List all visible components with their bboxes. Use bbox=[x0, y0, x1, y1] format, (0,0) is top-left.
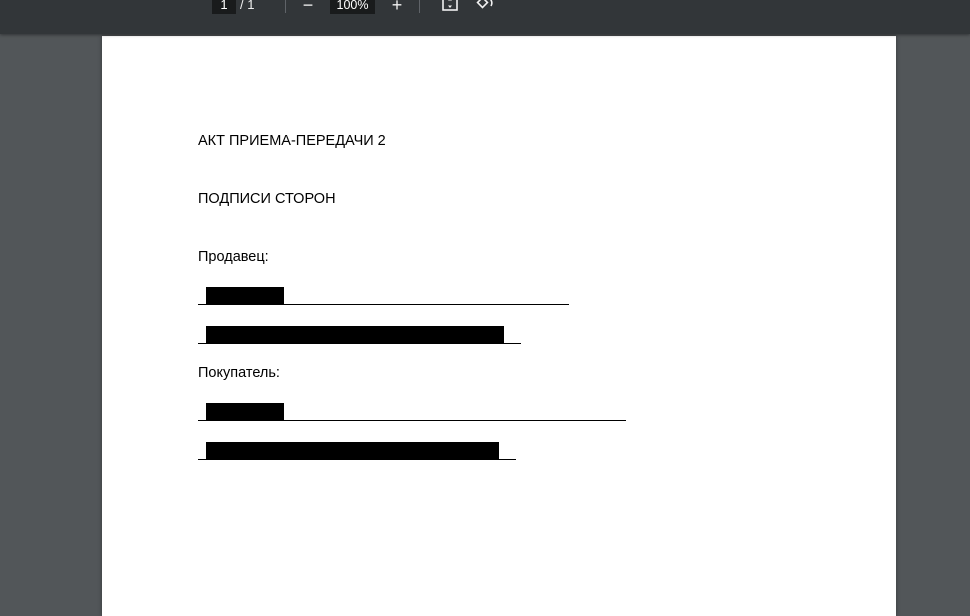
document-title: АКТ ПРИЕМА-ПЕРЕДАЧИ 2 bbox=[198, 133, 386, 149]
seller-label: Продавец: bbox=[198, 249, 269, 265]
minus-icon: − bbox=[303, 0, 314, 14]
page-number-input[interactable]: 1 bbox=[212, 0, 236, 14]
page-count: / 1 bbox=[240, 0, 254, 13]
pdf-toolbar: 1 / 1 − 100% + bbox=[0, 0, 970, 34]
redaction-block bbox=[206, 326, 504, 343]
buyer-label: Покупатель: bbox=[198, 365, 280, 381]
redaction-block bbox=[206, 442, 499, 459]
seller-name-line bbox=[198, 326, 521, 344]
redaction-block bbox=[206, 403, 284, 420]
rotate-button[interactable] bbox=[474, 0, 496, 14]
toolbar-divider bbox=[419, 0, 420, 13]
rotate-icon bbox=[475, 0, 495, 14]
zoom-out-button[interactable]: − bbox=[297, 0, 319, 14]
fit-page-button[interactable] bbox=[439, 0, 461, 14]
zoom-in-button[interactable]: + bbox=[386, 0, 408, 14]
redaction-block bbox=[206, 287, 284, 304]
toolbar-divider bbox=[285, 0, 286, 13]
buyer-name-line bbox=[198, 442, 516, 460]
section-heading: ПОДПИСИ СТОРОН bbox=[198, 191, 336, 207]
buyer-signature-line bbox=[198, 403, 626, 421]
seller-signature-line bbox=[198, 287, 569, 305]
zoom-level-input[interactable]: 100% bbox=[330, 0, 375, 14]
pdf-page: АКТ ПРИЕМА-ПЕРЕДАЧИ 2 ПОДПИСИ СТОРОН Про… bbox=[102, 36, 896, 600]
plus-icon: + bbox=[392, 0, 403, 14]
fit-page-icon bbox=[441, 0, 459, 14]
